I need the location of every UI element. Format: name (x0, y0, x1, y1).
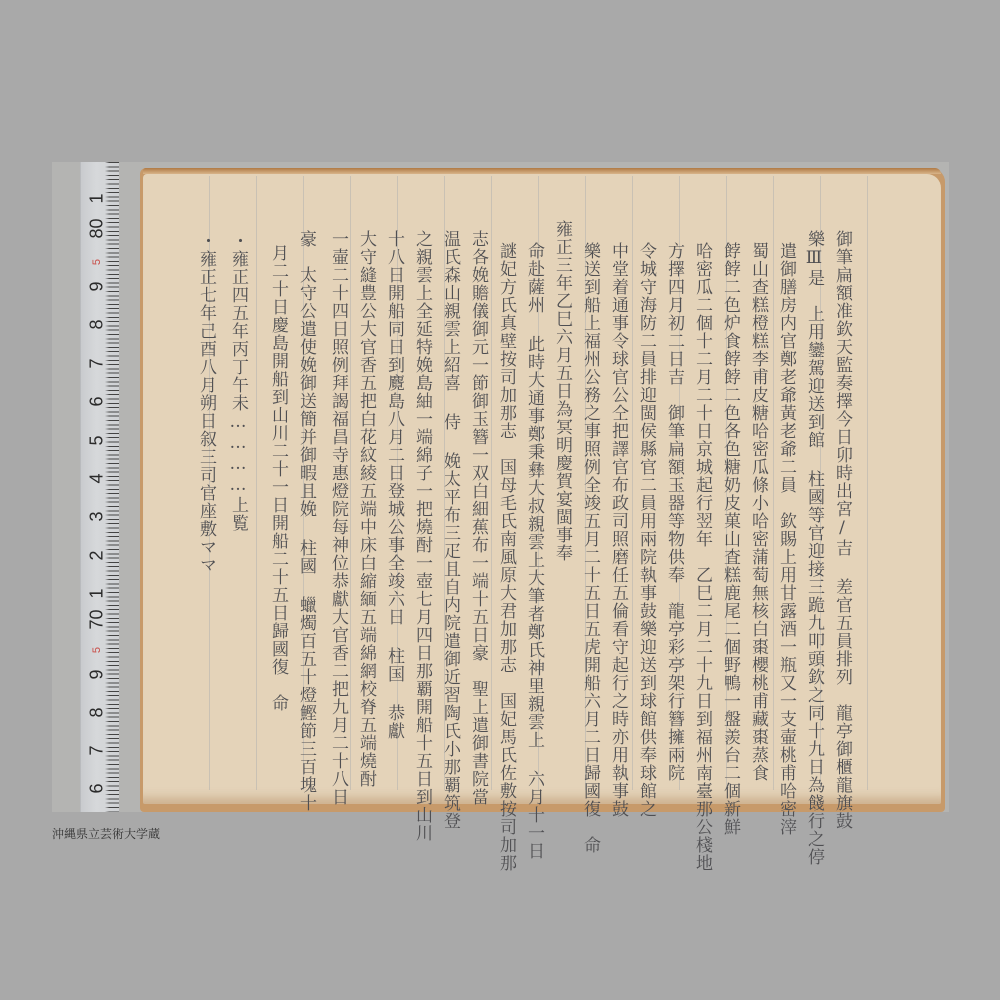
ruler-label: 8 (87, 701, 108, 725)
ruler-label: 70 (87, 608, 108, 632)
ruler-label: 5 (87, 429, 108, 453)
text-column: 御筆扁額准欽天監奏擇今日卯時出宮/吉 差官五員排列 龍亭御櫃龍旗鼓 (831, 230, 853, 790)
ruler-label-half: 5 (91, 250, 103, 274)
ruler-label: 2 (87, 544, 108, 568)
ruler-label: 80 (87, 217, 108, 241)
ruler-label: 1 (87, 187, 108, 211)
measuring-ruler: 1 80 5 9 8 7 6 5 4 3 2 1 70 5 9 8 7 6 (80, 162, 119, 812)
text-column: 之親雲上全延特娩島紬一端綿子一把燒酎一壺七月四日那覇開船十五日到山川 (411, 230, 433, 790)
text-column: 月二十日慶島開船到山川二十一日開船二十五日歸國復 命 (267, 244, 289, 804)
ruler-label: 6 (87, 777, 108, 801)
text-column: 蜀山查糕橙糕李甫皮糖哈密瓜條小哈密蒲萄無核白棗櫻桃甫藏棗蒸食 (747, 242, 769, 802)
text-column: 令城守海防二員排迎閩侯縣官二員用兩院執事鼓樂迎送到球館供奉球館之 (635, 242, 657, 802)
text-column: 餑餑二色炉食餑餑二色各色糖奶皮菓山査糕鹿尾二個野鴨一盤羨台二個新鮮 (719, 242, 741, 802)
ruler-label: 8 (87, 313, 108, 337)
text-column: 温氏森山親雲上紹喜 侍 娩太平布三疋且自内院遣御近習陶氏小那覇筑登 (439, 230, 461, 790)
text-column: ・雍正四五年丙丁午未…………上覧 (227, 232, 249, 532)
ruler-label: 7 (87, 352, 108, 376)
ruler-label: 1 (87, 582, 108, 606)
text-column: 方擇四月初二日吉 御筆扁額玉器等物供奉 龍亭彩亭架行簪擁兩院 (663, 242, 685, 802)
ruler-label: 7 (87, 739, 108, 763)
text-column: 豪 太守公遣使娩御送簡并御暇且娩 柱國 蠟燭百五十燈鰹節三百塊十 (295, 230, 317, 790)
text-column: 樂送到船上福州公務之事照例全竣五月二十五日五虎開船六月二日歸國復 命 (579, 242, 601, 802)
ruler-label: 4 (87, 467, 108, 491)
text-column: 哈密瓜二個十二月二十日京城起行翌年 乙巳二月二十九日到福州南臺那公棧地 (691, 242, 713, 802)
text-column: 遣御膳房内官鄭老爺黃老爺二員 欽賜上用甘露酒一瓶又一支壷桃甫哈密滓 (775, 242, 797, 802)
text-column: 中堂着通事令球官公仝把譯官布政司照磨任五倫看守起行之時亦用執事鼓 (607, 242, 629, 802)
ruler-label: 9 (87, 663, 108, 687)
ruler-label-half: 5 (91, 638, 103, 662)
text-column: 雍正三年乙巳六月五日為冥明慶賀宴閩事奉 (551, 220, 573, 780)
text-column: 一壷二十四日照例拜謁福昌寺惠燈院每神位恭獻大官香二把九月二十八日 (327, 230, 349, 790)
ruler-label: 6 (87, 390, 108, 414)
text-column: 命赴薩州 此時大通事鄭秉彝大叔親雲上大筆者鄭氏神里親雲上 六月十一日 (523, 242, 545, 802)
text-column: 大守縫豊公大官香五把白花紋綾五端中床白縮緬五端綿網校脊五端燒酎 (355, 230, 377, 790)
text-column: 樂Ⅲ是 上用鑾駕迎送到館 柱國等官迎接三跪九叩頭欽之同十九日為餞行之停 (803, 230, 825, 790)
text-column: 十八日開船同日到麑島八月二日登城公事全竣六日 柱国 恭獻 (383, 230, 405, 790)
text-column: 謎妃方氏真壁按司加那志 国母毛氏南風原大君加那志 国妃馬氏佐敷按司加那 (495, 242, 517, 802)
text-column: ・雍正七年己酉八月朔日叙三司官座敷ママ (195, 232, 217, 632)
ruler-label: 9 (87, 275, 108, 299)
text-column: 志各娩贍儀御元一節御玉簪一双白細蕉布一端十五日豪 聖上遣御書院當 (467, 230, 489, 790)
ruler-label: 3 (87, 505, 108, 529)
collection-credit: 沖縄県立芸術大学蔵 (52, 825, 160, 842)
notebook-page: 御筆扁額准欽天監奏擇今日卯時出宮/吉 差官五員排列 龍亭御櫃龍旗鼓 樂Ⅲ是 上用… (143, 174, 941, 804)
